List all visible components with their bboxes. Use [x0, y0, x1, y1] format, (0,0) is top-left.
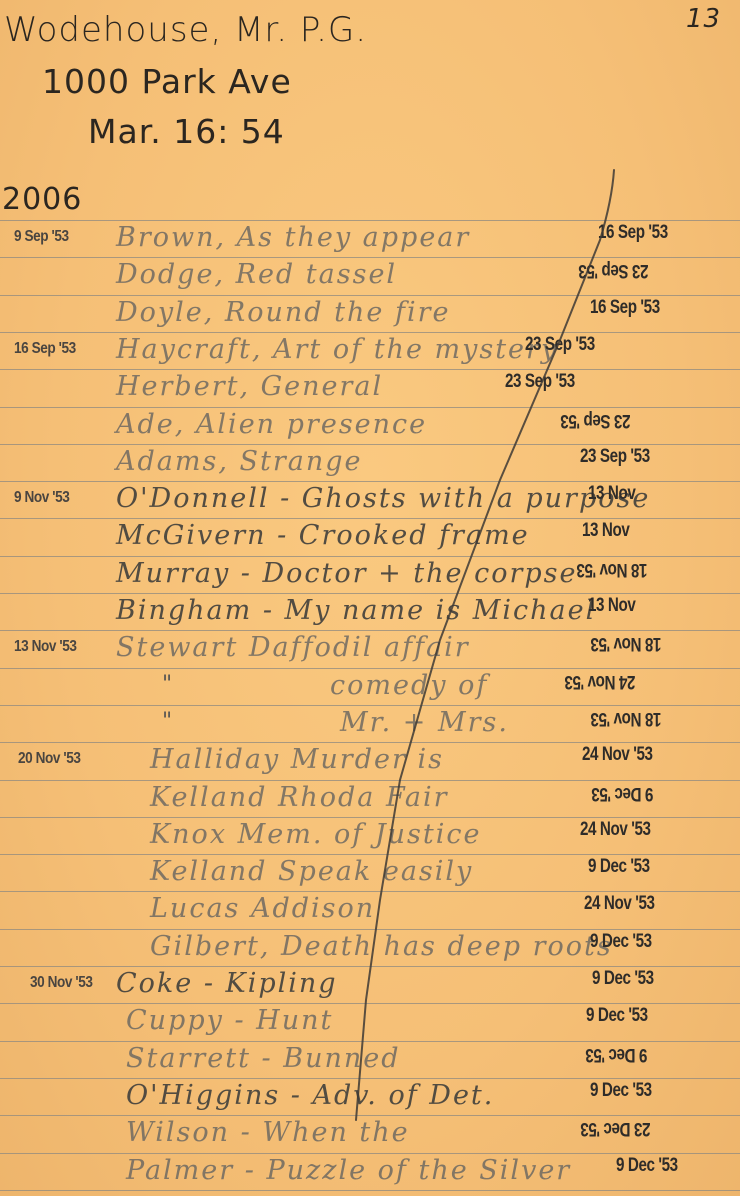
library-card: 13 Wodehouse, Mr. P.G. 1000 Park Ave Mar… [0, 0, 740, 1196]
strike-through-line [0, 0, 740, 1196]
